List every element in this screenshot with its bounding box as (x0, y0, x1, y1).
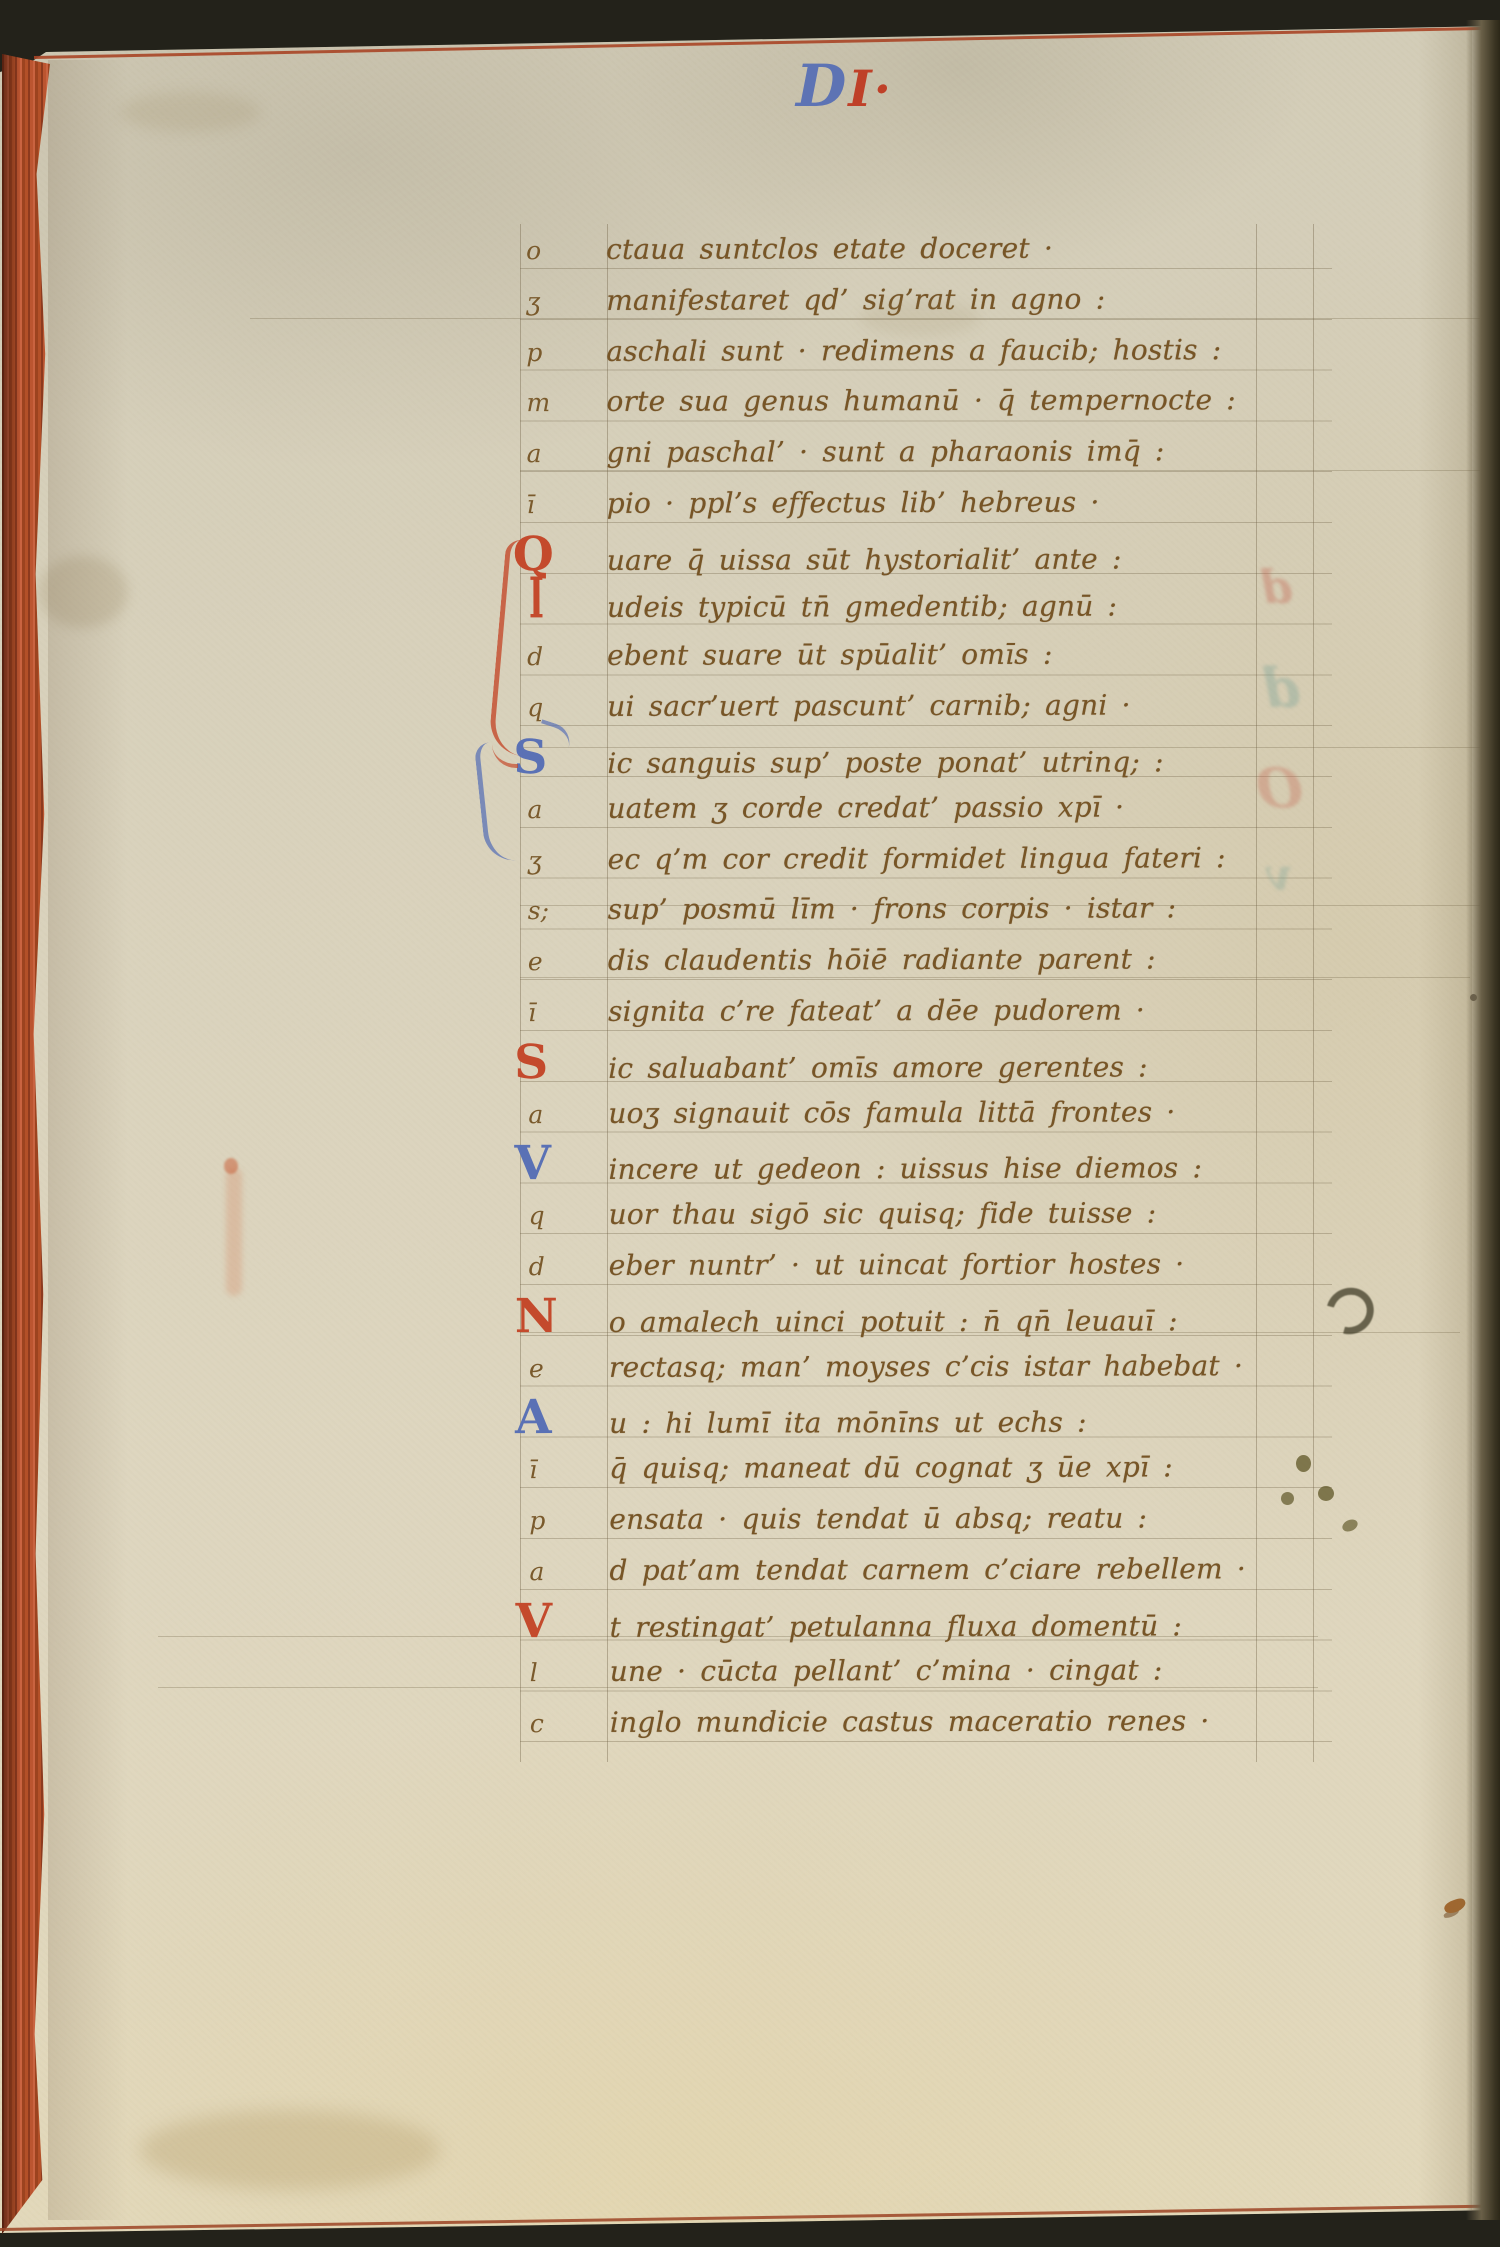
red-pigment-smudge (226, 1168, 242, 1296)
versal-letter: d (509, 1242, 609, 1293)
verse-line: ʒec q’m cor credit formidet lingua fater… (508, 832, 1368, 885)
verse-line: debent suare ūt spūalit’ omīs : (507, 629, 1367, 682)
verse-text: ctaua suntclos etate doceret · (606, 223, 1366, 276)
verse-line: Au : hi lumī ita mōnīns ut echs : (509, 1391, 1369, 1444)
verse-text: gni paschal’ · sunt a pharaonis imq̄ : (607, 426, 1367, 479)
versal-letter: ī (507, 480, 607, 531)
versal-letter: a (508, 1089, 608, 1140)
versal-letter: e (508, 937, 608, 988)
versal-letter: ī (509, 1445, 609, 1496)
versal-letter: q (509, 1191, 609, 1242)
verse-text: eber nuntr’ · ut uincat fortior hostes · (609, 1239, 1369, 1292)
versal-letter: p (506, 327, 606, 378)
verse-line: Vincere ut gedeon : uissus hise diemos : (508, 1137, 1368, 1190)
verse-line: agni paschal’ · sunt a pharaonis imq̄ : (507, 426, 1367, 479)
verse-line: erectasq; man’ moyses c’cis istar habeba… (509, 1340, 1369, 1393)
versal-letter: a (507, 785, 607, 836)
verse-line: pensata · quis tendat ū absq; reatu : (509, 1493, 1369, 1546)
versal-letter: V (510, 1596, 610, 1647)
verse-line: auatem ʒ corde credat’ passio xpī · (507, 782, 1367, 835)
bleedthrough-letter: v (1266, 850, 1292, 901)
verse-text: manifestaret qd’ sig’rat in agno : (606, 274, 1366, 327)
gutter-shading (48, 60, 128, 2220)
versal-letter: V (508, 1139, 608, 1190)
verse-text: uoʒ signauit cōs famula littā frontes · (608, 1086, 1368, 1139)
red-pigment-dot (224, 1158, 238, 1174)
verse-line: Quare q̄ uissa sūt hystorialit’ ante : (507, 528, 1367, 581)
versal-letter: e (509, 1343, 609, 1394)
versal-letter: ʒ (508, 835, 608, 886)
verse-text: d pat’am tendat carnem c’ciare rebellem … (609, 1544, 1369, 1597)
verse-line: Iudeis typicū tn̄ gmedentib; agnū : (507, 578, 1367, 631)
versal-letter: l (510, 1648, 610, 1699)
verse-line: paschali sunt · redimens a faucib; hosti… (506, 324, 1366, 377)
bleedthrough-letter: O (1256, 756, 1303, 820)
verse-line: ad pat’am tendat carnem c’ciare rebellem… (509, 1544, 1369, 1597)
verse-text: aschali sunt · redimens a faucib; hostis… (606, 324, 1366, 377)
verse-text: dis claudentis hōiē radiante parent : (608, 934, 1368, 987)
verse-line: morte sua genus humanū · q̄ tempernocte … (506, 375, 1366, 428)
verse-text: signita c’re fateat’ a dēe pudorem · (608, 985, 1368, 1038)
verse-text-block: octaua suntclos etate doceret ·ʒmanifest… (506, 223, 1370, 1765)
verse-text: udeis typicū tn̄ gmedentib; agnū : (607, 580, 1367, 633)
verse-line: īq̄ quisq; maneat dū cognat ʒ ūe xpī : (509, 1442, 1369, 1495)
verse-text: sup’ posmū līm · frons corpis · istar : (608, 883, 1368, 936)
verse-line: edis claudentis hōiē radiante parent : (508, 934, 1368, 987)
versal-letter: s; (508, 886, 608, 937)
verse-line: lune · cūcta pellant’ c’mina · cingat : (510, 1645, 1370, 1698)
verse-line: Vt restingat’ petulanna fluxa domentū : (510, 1594, 1370, 1647)
bleedthrough-letter: d (1260, 560, 1292, 614)
verse-text: inglo mundicie castus maceratio renes · (610, 1696, 1370, 1749)
verse-text: pio · ppl’s effectus lib’ hebreus · (607, 477, 1367, 530)
verse-text: une · cūcta pellant’ c’mina · cingat : (610, 1645, 1370, 1698)
verse-line: s;sup’ posmū līm · frons corpis · istar … (508, 883, 1368, 936)
verse-text: rectasq; man’ moyses c’cis istar habebat… (609, 1340, 1369, 1393)
verse-line: qui sacr’uert pascunt’ carnib; agni · (507, 680, 1367, 733)
verse-text: ec q’m cor credit formidet lingua fateri… (608, 832, 1368, 885)
verse-line: īpio · ppl’s effectus lib’ hebreus · (507, 477, 1367, 530)
versal-letter: N (509, 1292, 609, 1343)
verse-line: Sic saluabant’ omīs amore gerentes : (508, 1036, 1368, 1089)
verse-text: q̄ quisq; maneat dū cognat ʒ ūe xpī : (609, 1442, 1369, 1495)
top-discoloration (120, 92, 260, 132)
verse-line: octaua suntclos etate doceret · (506, 223, 1366, 276)
verse-text: uatem ʒ corde credat’ passio xpī · (607, 782, 1367, 835)
versal-letter: m (506, 378, 606, 429)
verse-line: īsignita c’re fateat’ a dēe pudorem · (508, 985, 1368, 1038)
edge-shading (1418, 30, 1472, 2210)
bottom-left-stain (140, 2110, 440, 2190)
verse-line: deber nuntr’ · ut uincat fortior hostes … (509, 1239, 1369, 1292)
verse-line: No amalech uinci potuit : n̄ qn̄ leuauī … (509, 1290, 1369, 1343)
verse-line: cinglo mundicie castus maceratio renes · (510, 1696, 1370, 1749)
versal-letter: S (508, 1038, 608, 1089)
bleedthrough-letter: d (1262, 656, 1300, 720)
versal-letter: A (509, 1393, 609, 1444)
verse-text: orte sua genus humanū · q̄ tempernocte : (606, 375, 1366, 428)
verse-text: ebent suare ūt spūalit’ omīs : (607, 629, 1367, 682)
verse-line: ʒmanifestaret qd’ sig’rat in agno : (506, 274, 1366, 327)
page-heading: DI· (796, 52, 893, 120)
heading-red-letter: I· (848, 59, 893, 118)
versal-letter: ʒ (506, 277, 606, 328)
versal-letter: o (506, 226, 606, 277)
versal-letter: a (507, 429, 607, 480)
versal-letter: c (510, 1699, 610, 1750)
verse-text: ui sacr’uert pascunt’ carnib; agni · (607, 680, 1367, 733)
manuscript-photo: DI· octaua suntclos etate doceret ·ʒmani… (0, 0, 1500, 2247)
parchment-page: DI· octaua suntclos etate doceret ·ʒmani… (0, 0, 1500, 2247)
versal-letter: p (509, 1496, 609, 1547)
verse-line: Sic sanguis sup’ poste ponat’ utrinq; : (507, 731, 1367, 784)
heading-blue-letter: D (796, 52, 848, 120)
verse-text: ensata · quis tendat ū absq; reatu : (609, 1493, 1369, 1546)
verse-line: auoʒ signauit cōs famula littā frontes · (508, 1086, 1368, 1139)
versal-letter: ī (508, 988, 608, 1039)
verse-text: uor thau sigō sic quisq; fide tuisse : (609, 1188, 1369, 1241)
versal-letter: a (509, 1547, 609, 1598)
right-page-edges (1466, 20, 1500, 2220)
verse-line: quor thau sigō sic quisq; fide tuisse : (509, 1188, 1369, 1241)
